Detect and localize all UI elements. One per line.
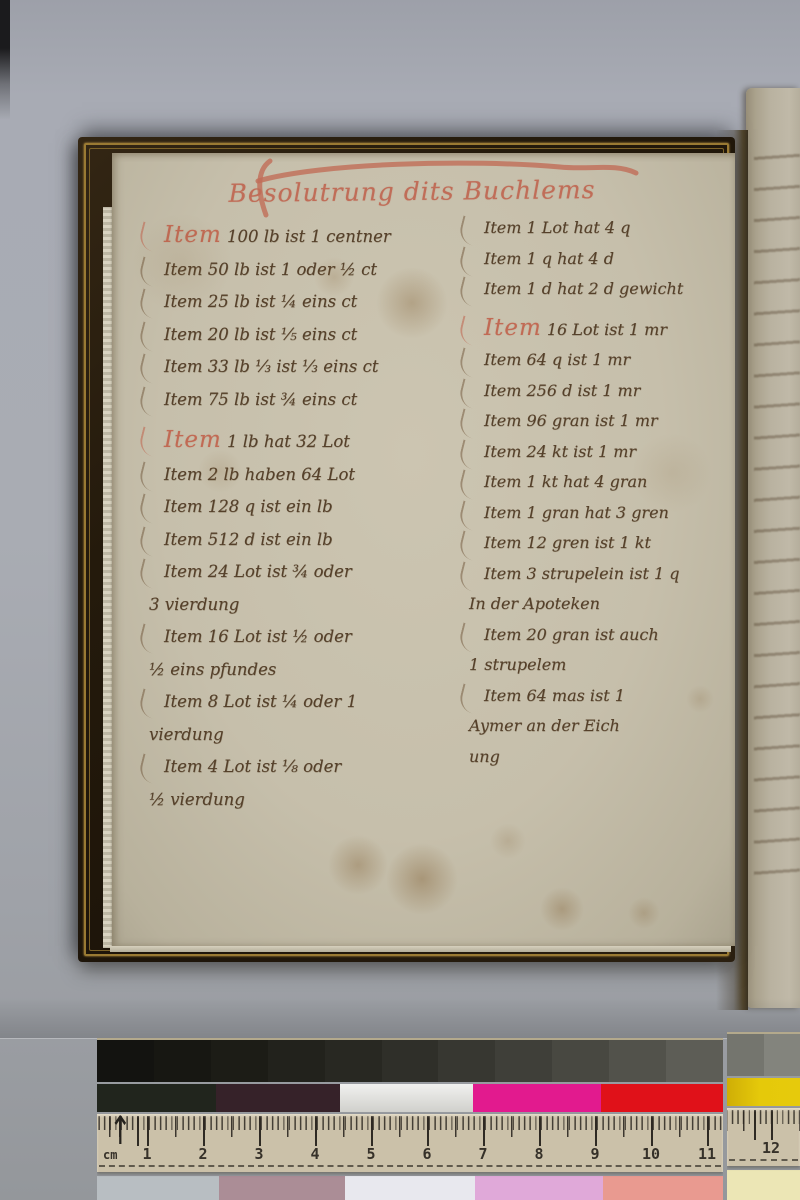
line-text: Item 1 gran hat 3 gren bbox=[484, 503, 669, 522]
line-text: Item 16 Lot ist ½ oder bbox=[164, 627, 352, 646]
line-text: 1 lb hat 32 Lot bbox=[227, 432, 350, 451]
ruler-number-12: 12 bbox=[757, 1139, 785, 1157]
plexiglass-shadow bbox=[0, 998, 800, 1039]
grayscale-step bbox=[268, 1040, 325, 1082]
line-text: Item 96 gran ist 1 mr bbox=[484, 411, 658, 430]
manuscript-line: Item 1 kt hat 4 gran bbox=[484, 467, 735, 498]
line-text: Item 20 lb ist ⅕ eins ct bbox=[164, 325, 357, 344]
manuscript-line: 3 vierdung bbox=[149, 589, 469, 622]
red-patch bbox=[601, 1084, 723, 1112]
grayscale-step bbox=[552, 1040, 609, 1082]
ruler: ↑ cm 123456789101112 bbox=[97, 1114, 723, 1172]
parchment-page: Besolutrung dits Buchlems Item 100 lb is… bbox=[112, 153, 735, 946]
ruler-number-7: 7 bbox=[469, 1145, 497, 1163]
manuscript-line: Item 24 Lot ist ¾ oder bbox=[164, 556, 469, 589]
line-text: Item 1 Lot hat 4 q bbox=[484, 218, 630, 237]
manuscript-line: Item 64 q ist 1 mr bbox=[484, 345, 735, 376]
line-text: Item 33 lb ⅓ ist ⅓ eins ct bbox=[164, 357, 378, 376]
ruler-number-2: 2 bbox=[189, 1145, 217, 1163]
tint-patch-row bbox=[97, 1176, 723, 1200]
ruler-arrow-up-icon: ↑ bbox=[109, 1112, 132, 1151]
line-text: Item 256 d ist 1 mr bbox=[484, 381, 640, 400]
line-text: Item 8 Lot ist ¼ oder 1 bbox=[164, 692, 357, 711]
line-text: 16 Lot ist 1 mr bbox=[547, 320, 667, 339]
grayscale-step bbox=[97, 1040, 154, 1082]
manuscript-line: Item 16 Lot ist ½ oder bbox=[164, 621, 469, 654]
manuscript-line: ½ eins pfundes bbox=[149, 654, 469, 687]
line-text: Item 512 d ist ein lb bbox=[164, 530, 333, 549]
manuscript-line: Item 1 Lot hat 4 q bbox=[484, 213, 735, 244]
line-text: Item 2 lb haben 64 Lot bbox=[164, 465, 355, 484]
ruler-number-11: 11 bbox=[727, 1139, 729, 1157]
manuscript-line: Item 100 lb ist 1 centner bbox=[164, 219, 469, 254]
line-text: 1 strupelem bbox=[469, 655, 566, 674]
facing-page-text-lines bbox=[754, 148, 800, 888]
line-text: In der Apoteken bbox=[469, 594, 600, 613]
ruler-right-piece: 123456789101112 bbox=[727, 1108, 800, 1166]
line-text: 3 vierdung bbox=[149, 595, 239, 614]
manuscript-line: Item 8 Lot ist ¼ oder 1 bbox=[164, 686, 469, 719]
manuscript-line: Item 1 d hat 2 d gewicht bbox=[484, 274, 735, 305]
facing-page bbox=[746, 88, 800, 1008]
line-text: Item 25 lb ist ¼ eins ct bbox=[164, 292, 357, 311]
grayscale-strip-right bbox=[727, 1032, 800, 1076]
manuscript-line: Item 1 gran hat 3 gren bbox=[484, 498, 735, 529]
grayscale-step bbox=[382, 1040, 439, 1082]
manuscript-line: In der Apoteken bbox=[469, 589, 735, 620]
manuscript-line: vierdung bbox=[149, 719, 469, 752]
manuscript-line: Item 64 mas ist 1 bbox=[484, 681, 735, 712]
ruler-number-4: 4 bbox=[301, 1145, 329, 1163]
manuscript-line: Item 96 gran ist 1 mr bbox=[484, 406, 735, 437]
line-text: 100 lb ist 1 centner bbox=[227, 227, 391, 246]
light-gray-tint bbox=[97, 1176, 219, 1200]
color-patch-row-right bbox=[727, 1078, 800, 1106]
manuscript-line: Item 512 d ist ein lb bbox=[164, 524, 469, 557]
manuscript-line: Item 3 strupelein ist 1 q bbox=[484, 559, 735, 590]
pale-yellow-tint bbox=[727, 1170, 800, 1200]
color-calibration-bar-right: 123456789101112 bbox=[727, 1032, 800, 1200]
line-text: Item 1 q hat 4 d bbox=[484, 249, 614, 268]
color-patch-row bbox=[97, 1084, 723, 1112]
line-text: Item 64 q ist 1 mr bbox=[484, 350, 630, 369]
ruler-number-6: 6 bbox=[413, 1145, 441, 1163]
manuscript-line: ½ vierdung bbox=[149, 784, 469, 817]
page-stain bbox=[540, 887, 584, 931]
ruler-number-8: 8 bbox=[525, 1145, 553, 1163]
line-text: ½ eins pfundes bbox=[149, 660, 276, 679]
ruler-number-1: 1 bbox=[133, 1145, 161, 1163]
manuscript-line: Item 12 gren ist 1 kt bbox=[484, 528, 735, 559]
manuscript-line: 1 strupelem bbox=[469, 650, 735, 681]
page-stain bbox=[490, 823, 526, 859]
grayscale-step bbox=[727, 1034, 764, 1076]
book-cover: Besolutrung dits Buchlems Item 100 lb is… bbox=[78, 137, 735, 962]
line-text: Item 3 strupelein ist 1 q bbox=[484, 564, 680, 583]
manuscript-line: Item 24 kt ist 1 mr bbox=[484, 437, 735, 468]
manuscript-line: Item 1 lb hat 32 Lot bbox=[164, 424, 469, 459]
grayscale-step bbox=[154, 1040, 211, 1082]
yellow-patch bbox=[727, 1078, 800, 1106]
grayscale-step bbox=[609, 1040, 666, 1082]
manuscript-line: Item 20 gran ist auch bbox=[484, 620, 735, 651]
line-text: Item 1 kt hat 4 gran bbox=[484, 472, 647, 491]
maroon-patch bbox=[216, 1084, 340, 1112]
line-text: Item 75 lb ist ¾ eins ct bbox=[164, 390, 357, 409]
manuscript-line: Item 75 lb ist ¾ eins ct bbox=[164, 384, 469, 417]
grayscale-strip bbox=[97, 1038, 723, 1082]
line-text: Item 4 Lot ist ⅛ oder bbox=[164, 757, 341, 776]
left-text-column: Item 100 lb ist 1 centnerItem 50 lb ist … bbox=[164, 219, 469, 816]
white-patch bbox=[340, 1084, 473, 1112]
line-text: Item 24 kt ist 1 mr bbox=[484, 442, 636, 461]
line-text: Item 12 gren ist 1 kt bbox=[484, 533, 651, 552]
manuscript-line: Item 256 d ist 1 mr bbox=[484, 376, 735, 407]
ruler-number-11: 11 bbox=[693, 1145, 721, 1163]
ruler-dashed-edge bbox=[99, 1165, 721, 1167]
page-stain bbox=[328, 835, 388, 895]
manuscript-line: Item 50 lb ist 1 oder ½ ct bbox=[164, 254, 469, 287]
line-text: Aymer an der Eich bbox=[469, 716, 620, 735]
manuscript-line: Item 16 Lot ist 1 mr bbox=[484, 313, 735, 346]
line-text: ½ vierdung bbox=[149, 790, 245, 809]
page-edge-bottom bbox=[110, 946, 731, 952]
line-text: Item 20 gran ist auch bbox=[484, 625, 659, 644]
grayscale-step bbox=[438, 1040, 495, 1082]
ruler-number-3: 3 bbox=[245, 1145, 273, 1163]
photo-background: Besolutrung dits Buchlems Item 100 lb is… bbox=[0, 0, 800, 1200]
grayscale-step bbox=[666, 1040, 723, 1082]
white-tint bbox=[345, 1176, 475, 1200]
pink-tint bbox=[475, 1176, 603, 1200]
line-text: Item 1 d hat 2 d gewicht bbox=[484, 279, 683, 298]
line-text: ung bbox=[469, 747, 500, 766]
red-initial: Item bbox=[164, 427, 222, 453]
manuscript-line: Aymer an der Eich bbox=[469, 711, 735, 742]
manuscript-line: ung bbox=[469, 742, 735, 773]
line-text: Item 64 mas ist 1 bbox=[484, 686, 625, 705]
grayscale-step bbox=[764, 1034, 800, 1076]
black-patch bbox=[97, 1084, 216, 1112]
magenta-patch bbox=[473, 1084, 601, 1112]
salmon-tint bbox=[603, 1176, 723, 1200]
line-text: Item 24 Lot ist ¾ oder bbox=[164, 562, 352, 581]
ruler-unit-label: cm bbox=[103, 1148, 117, 1162]
ruler-number-5: 5 bbox=[357, 1145, 385, 1163]
tint-patch-row-right bbox=[727, 1170, 800, 1200]
manuscript-line: Item 2 lb haben 64 Lot bbox=[164, 459, 469, 492]
red-initial: Item bbox=[164, 222, 222, 248]
mauve-tint bbox=[219, 1176, 345, 1200]
manuscript-title: Besolutrung dits Buchlems bbox=[217, 175, 607, 208]
manuscript-line: Item 4 Lot ist ⅛ oder bbox=[164, 751, 469, 784]
grayscale-step bbox=[325, 1040, 382, 1082]
manuscript-line: Item 25 lb ist ¼ eins ct bbox=[164, 286, 469, 319]
ruler-number-9: 9 bbox=[581, 1145, 609, 1163]
manuscript-line: Item 128 q ist ein lb bbox=[164, 491, 469, 524]
page-stain bbox=[628, 897, 660, 929]
grayscale-step bbox=[495, 1040, 552, 1082]
manuscript-line: Item 33 lb ⅓ ist ⅓ eins ct bbox=[164, 351, 469, 384]
line-text: Item 128 q ist ein lb bbox=[164, 497, 333, 516]
line-text: vierdung bbox=[149, 725, 224, 744]
ruler-dashed-edge-right bbox=[729, 1159, 798, 1161]
page-stain bbox=[386, 843, 458, 915]
color-calibration-bar-left: ↑ cm 123456789101112 bbox=[97, 1038, 723, 1200]
red-initial: Item bbox=[484, 315, 542, 341]
ruler-number-10: 10 bbox=[637, 1145, 665, 1163]
manuscript-line: Item 20 lb ist ⅕ eins ct bbox=[164, 319, 469, 352]
right-text-column: Item 1 Lot hat 4 qItem 1 q hat 4 dItem 1… bbox=[484, 213, 735, 772]
manuscript-line: Item 1 q hat 4 d bbox=[484, 244, 735, 275]
grayscale-step bbox=[211, 1040, 268, 1082]
line-text: Item 50 lb ist 1 oder ½ ct bbox=[164, 260, 377, 279]
